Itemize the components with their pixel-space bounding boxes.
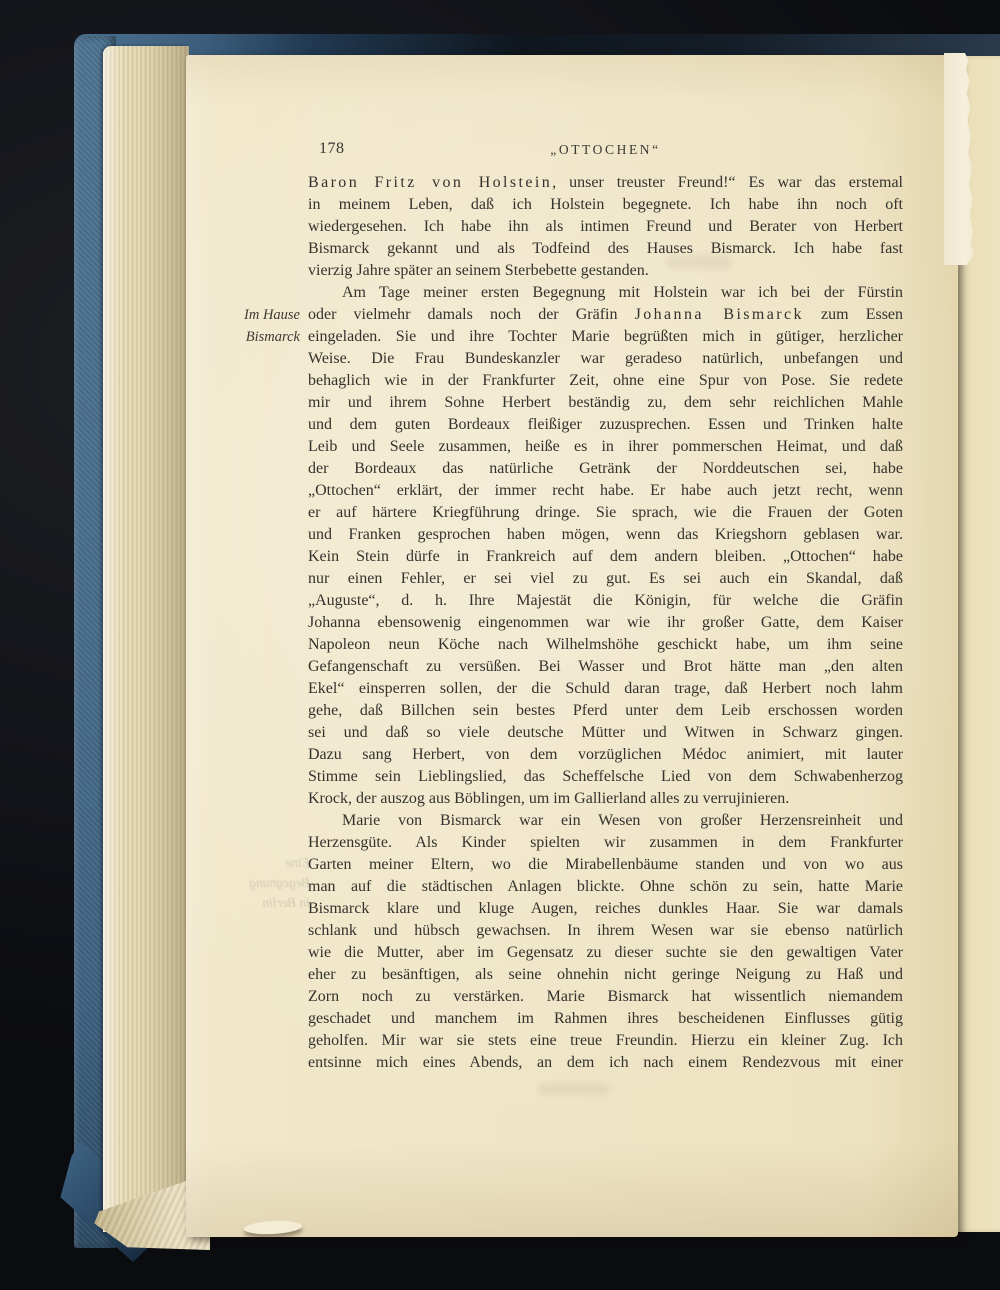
text-line: Am Tage meiner ersten Begegnung mit Hols… (308, 282, 903, 304)
text-line: Ekel“ einsperren sollen, der die Schuld … (308, 678, 903, 700)
text-segment: behaglich wie in der Frankfurter Zeit, o… (308, 372, 903, 389)
text-line: und Franken gesprochen haben mögen, wenn… (308, 524, 903, 546)
text-segment: Herzensgüte. Als Kinder spielten wir zus… (308, 834, 903, 851)
text-line: Garten meiner Eltern, wo die Mirabellenb… (308, 854, 903, 876)
text-segment: Zorn noch zu verstärken. Marie Bismarck … (308, 988, 903, 1005)
text-segment: wie die Mutter, aber im Gegensatz zu die… (308, 944, 903, 961)
text-line: er auf härtere Kriegführung dringe. Sie … (308, 502, 903, 524)
text-segment: , unser treuster Freund!“ Es war das ers… (552, 174, 903, 191)
text-line: Napoleon neun Köche nach Wilhelmshöhe ge… (308, 634, 903, 656)
page-header: 178 „OTTOCHEN“ (308, 140, 903, 172)
text-line: Zorn noch zu verstärken. Marie Bismarck … (308, 986, 903, 1008)
text-line: Weise. Die Frau Bundeskanzler war gerade… (308, 348, 903, 370)
text-segment: Garten meiner Eltern, wo die Mirabellenb… (308, 856, 903, 873)
text-line: Kein Stein dürfe in Frankreich auf dem a… (308, 546, 903, 568)
text-line: sei und daß so viele deutsche Mütter und… (308, 722, 903, 744)
body-text: Baron Fritz von Holstein, unser treuster… (308, 172, 903, 1074)
letterspaced-name: Johanna Bismarck (635, 306, 804, 323)
text-segment: Marie von Bismarck war ein Wesen von gro… (342, 812, 903, 829)
text-segment: Dazu sang Herbert, von dem vorzüglichen … (308, 746, 903, 763)
text-segment: Bismarck gekannt und als Todfeind des Ha… (308, 240, 903, 257)
text-segment: Leib und Seele zusammen, heiße es in ihr… (308, 438, 903, 455)
text-line: Stimme sein Lieblingslied, das Scheffels… (308, 766, 903, 788)
text-segment: Stimme sein Lieblingslied, das Scheffels… (308, 768, 903, 785)
margin-note-line: Im Hause (208, 304, 300, 326)
text-segment: Krock, der auszog aus Böblingen, um im G… (308, 790, 789, 807)
text-line: Krock, der auszog aus Böblingen, um im G… (308, 788, 903, 810)
text-line: schlank und hübsch gewachsen. In ihrem W… (308, 920, 903, 942)
text-line: und dem guten Bordeaux fleißiger zuzuspr… (308, 414, 903, 436)
margin-note: Im Hause Bismarck (208, 304, 300, 348)
running-head: „OTTOCHEN“ (308, 142, 903, 158)
text-segment: man auf die städtischen Anlagen blickte.… (308, 878, 903, 895)
text-line: man auf die städtischen Anlagen blickte.… (308, 876, 903, 898)
text-segment: gehe, daß Billchen sein bestes Pferd unt… (308, 702, 903, 719)
text-line: Herzensgüte. Als Kinder spielten wir zus… (308, 832, 903, 854)
text-segment: „Auguste“, d. h. Ihre Majestät die König… (308, 592, 903, 609)
text-line: „Auguste“, d. h. Ihre Majestät die König… (308, 590, 903, 612)
page-edge-stack (103, 46, 189, 1232)
text-segment: eher zu besänftigen, als seine ohnehin n… (308, 966, 903, 983)
text-line: Bismarck gekannt und als Todfeind des Ha… (308, 238, 903, 260)
text-segment: wiedergesehen. Ich habe ihn als intimen … (308, 218, 903, 235)
text-line: Marie von Bismarck war ein Wesen von gro… (308, 810, 903, 832)
text-segment: zum Essen (804, 306, 903, 323)
text-line: mir und ihrem Sohne Herbert beständig zu… (308, 392, 903, 414)
text-line: eingeladen. Sie und ihre Tochter Marie b… (308, 326, 903, 348)
text-line: vierzig Jahre später an seinem Sterbebet… (308, 260, 903, 282)
printed-content: 178 „OTTOCHEN“ Baron Fritz von Holstein,… (308, 140, 903, 1074)
text-segment: mir und ihrem Sohne Herbert beständig zu… (308, 394, 903, 411)
text-line: nur einen Fehler, er sei viel zu gut. Es… (308, 568, 903, 590)
text-line: Dazu sang Herbert, von dem vorzüglichen … (308, 744, 903, 766)
text-line: oder vielmehr damals noch der Gräfin Joh… (308, 304, 903, 326)
text-line: Gefangenschaft zu versüßen. Bei Wasser u… (308, 656, 903, 678)
text-segment: Gefangenschaft zu versüßen. Bei Wasser u… (308, 658, 903, 675)
text-segment: oder vielmehr damals noch der Gräfin (308, 306, 635, 323)
text-line: entsinne mich eines Abends, an dem ich n… (308, 1052, 903, 1074)
text-segment: nur einen Fehler, er sei viel zu gut. Es… (308, 570, 903, 587)
text-segment: Ekel“ einsperren sollen, der die Schuld … (308, 680, 903, 697)
letterspaced-name: Baron Fritz von Holstein (308, 174, 552, 191)
text-line: behaglich wie in der Frankfurter Zeit, o… (308, 370, 903, 392)
text-segment: und Franken gesprochen haben mögen, wenn… (308, 526, 903, 543)
text-line: wie die Mutter, aber im Gegensatz zu die… (308, 942, 903, 964)
text-segment: eingeladen. Sie und ihre Tochter Marie b… (308, 328, 903, 345)
text-segment: Johanna ebensowenig eingenommen war wie … (308, 614, 903, 631)
text-line: Johanna ebensowenig eingenommen war wie … (308, 612, 903, 634)
text-line: „Ottochen“ erklärt, der immer recht habe… (308, 480, 903, 502)
text-line: gehe, daß Billchen sein bestes Pferd unt… (308, 700, 903, 722)
photo-of-open-book: Im Hause Bismarck Eine Begegnung in Berl… (0, 0, 1000, 1290)
bottom-edge-curl (244, 1219, 303, 1235)
text-line: geschadet und manchem im Rahmen ihres be… (308, 1008, 903, 1030)
text-segment: der Bordeaux das natürliche Getränk der … (308, 460, 903, 477)
text-segment: er auf härtere Kriegführung dringe. Sie … (308, 504, 903, 521)
text-segment: Napoleon neun Köche nach Wilhelmshöhe ge… (308, 636, 903, 653)
text-segment: Am Tage meiner ersten Begegnung mit Hols… (342, 284, 903, 301)
text-line: Leib und Seele zusammen, heiße es in ihr… (308, 436, 903, 458)
book-page: Im Hause Bismarck Eine Begegnung in Berl… (186, 55, 958, 1237)
text-segment: geschadet und manchem im Rahmen ihres be… (308, 1010, 903, 1027)
text-segment: Kein Stein dürfe in Frankreich auf dem a… (308, 548, 903, 565)
text-segment: geholfen. Mir war sie stets eine treue F… (308, 1032, 903, 1049)
text-segment: schlank und hübsch gewachsen. In ihrem W… (308, 922, 903, 939)
text-segment: „Ottochen“ erklärt, der immer recht habe… (308, 482, 903, 499)
text-segment: Weise. Die Frau Bundeskanzler war gerade… (308, 350, 903, 367)
margin-note-line: Bismarck (208, 326, 300, 348)
text-line: Bismarck klare und kluge Augen, reiches … (308, 898, 903, 920)
text-segment: und dem guten Bordeaux fleißiger zuzuspr… (308, 416, 903, 433)
text-segment: in meinem Leben, daß ich Holstein begegn… (308, 196, 903, 213)
text-segment: vierzig Jahre später an seinem Sterbebet… (308, 262, 649, 279)
text-segment: entsinne mich eines Abends, an dem ich n… (308, 1054, 903, 1071)
show-through-smudge (538, 1083, 610, 1095)
text-line: eher zu besänftigen, als seine ohnehin n… (308, 964, 903, 986)
text-segment: sei und daß so viele deutsche Mütter und… (308, 724, 903, 741)
text-line: der Bordeaux das natürliche Getränk der … (308, 458, 903, 480)
text-line: geholfen. Mir war sie stets eine treue F… (308, 1030, 903, 1052)
text-line: in meinem Leben, daß ich Holstein begegn… (308, 194, 903, 216)
text-line: wiedergesehen. Ich habe ihn als intimen … (308, 216, 903, 238)
show-through-reverse-margin-note: Eine Begegnung in Berlin (210, 853, 310, 913)
text-line: Baron Fritz von Holstein, unser treuster… (308, 172, 903, 194)
text-segment: Bismarck klare und kluge Augen, reiches … (308, 900, 903, 917)
